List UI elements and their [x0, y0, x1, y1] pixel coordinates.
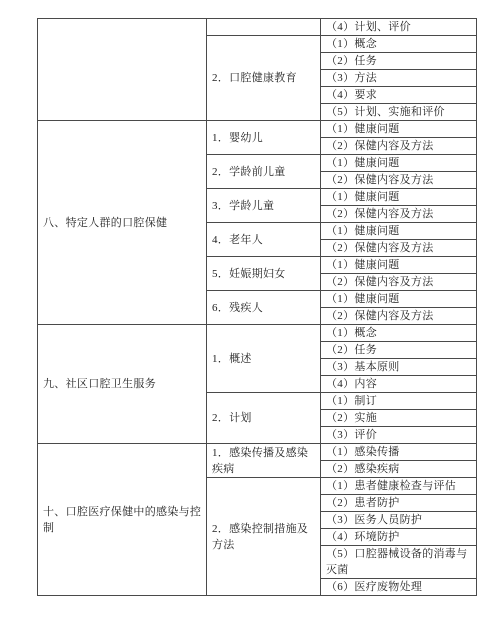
item-cell: （2）保健内容及方法: [321, 274, 477, 291]
item-cell: （2）患者防护: [321, 495, 477, 512]
topic-cell: [207, 19, 321, 36]
item-cell: （1）患者健康检查与评估: [321, 478, 477, 495]
item-cell: （1）制订: [321, 393, 477, 410]
item-cell: （1）健康问题: [321, 223, 477, 240]
document-page: （4）计划、评价 2．口腔健康教育 （1）概念 （2）任务 （3）方法 （4）要…: [0, 0, 498, 622]
syllabus-table: （4）计划、评价 2．口腔健康教育 （1）概念 （2）任务 （3）方法 （4）要…: [37, 18, 477, 596]
topic-cell: 4．老年人: [207, 223, 321, 257]
category-cell: [38, 19, 207, 121]
item-cell: （2）任务: [321, 342, 477, 359]
item-cell: （2）保健内容及方法: [321, 206, 477, 223]
item-cell: （4）要求: [321, 87, 477, 104]
topic-cell: 1．婴幼儿: [207, 121, 321, 155]
item-cell: （2）保健内容及方法: [321, 308, 477, 325]
item-cell: （5）口腔器械设备的消毒与灭菌: [321, 546, 477, 579]
topic-cell: 2．计划: [207, 393, 321, 444]
item-cell: （1）概念: [321, 36, 477, 53]
topic-cell: 3．学龄儿童: [207, 189, 321, 223]
item-cell: （2）保健内容及方法: [321, 172, 477, 189]
topic-cell: 2．感染控制措施及方法: [207, 478, 321, 596]
table-row: 八、特定人群的口腔保健 1．婴幼儿 （1）健康问题: [38, 121, 477, 138]
category-cell: 十、口腔医疗保健中的感染与控制: [38, 444, 207, 596]
item-cell: （3）评价: [321, 427, 477, 444]
item-cell: （2）保健内容及方法: [321, 240, 477, 257]
item-cell: （1）健康问题: [321, 121, 477, 138]
table-row: 九、社区口腔卫生服务 1．概述 （1）概念: [38, 325, 477, 342]
item-cell: （5）计划、实施和评价: [321, 104, 477, 121]
item-cell: （4）内容: [321, 376, 477, 393]
item-cell: （1）健康问题: [321, 291, 477, 308]
item-cell: （3）基本原则: [321, 359, 477, 376]
item-cell: （6）医疗废物处理: [321, 579, 477, 596]
item-cell: （3）方法: [321, 70, 477, 87]
topic-cell: 6．残疾人: [207, 291, 321, 325]
item-cell: （2）任务: [321, 53, 477, 70]
topic-cell: 1．感染传播及感染疾病: [207, 444, 321, 478]
topic-cell: 1．概述: [207, 325, 321, 393]
category-cell: 九、社区口腔卫生服务: [38, 325, 207, 444]
item-cell: （1）健康问题: [321, 189, 477, 206]
item-cell: （1）健康问题: [321, 257, 477, 274]
topic-cell: 5．妊娠期妇女: [207, 257, 321, 291]
item-cell: （1）概念: [321, 325, 477, 342]
category-cell: 八、特定人群的口腔保健: [38, 121, 207, 325]
item-cell: （2）实施: [321, 410, 477, 427]
item-cell: （4）计划、评价: [321, 19, 477, 36]
item-cell: （1）感染传播: [321, 444, 477, 461]
item-cell: （3）医务人员防护: [321, 512, 477, 529]
item-cell: （2）感染疾病: [321, 461, 477, 478]
table-row: 十、口腔医疗保健中的感染与控制 1．感染传播及感染疾病 （1）感染传播: [38, 444, 477, 461]
topic-cell: 2．口腔健康教育: [207, 36, 321, 121]
topic-cell: 2．学龄前儿童: [207, 155, 321, 189]
item-cell: （2）保健内容及方法: [321, 138, 477, 155]
item-cell: （4）环境防护: [321, 529, 477, 546]
table-row: （4）计划、评价: [38, 19, 477, 36]
item-cell: （1）健康问题: [321, 155, 477, 172]
